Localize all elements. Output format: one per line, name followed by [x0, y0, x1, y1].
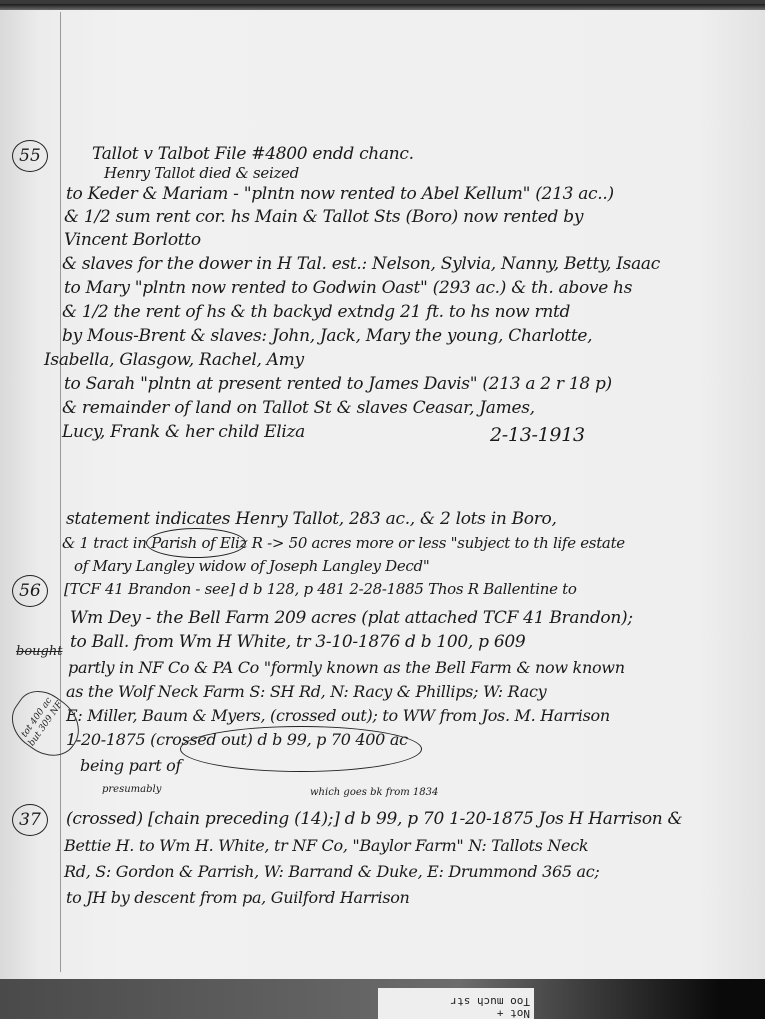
entry-56-line-4: partly in NF Co & PA Co "formly known as…	[68, 658, 625, 677]
statement-line-1: statement indicates Henry Tallot, 283 ac…	[66, 509, 557, 529]
page-top-edge	[0, 4, 765, 10]
entry-55-line-3: to Keder & Mariam - "plntn now rented to…	[66, 184, 614, 204]
margin-rule	[60, 12, 61, 972]
entry-55-line-2: Henry Tallot died & seized	[104, 164, 299, 182]
entry-55-line-7: to Mary "plntn now rented to Godwin Oast…	[64, 278, 632, 298]
entry-number-55: 55	[12, 140, 48, 172]
entry-56-line-2: Wm Dey - the Bell Farm 209 acres (plat a…	[70, 608, 633, 628]
upside-down-slip-text: Not + Too much str	[380, 990, 530, 1019]
entry-37-line-4: to JH by descent from pa, Guilford Harri…	[66, 888, 410, 907]
entry-55-line-12: & remainder of land on Tallot St & slave…	[62, 398, 535, 418]
entry-55-date: 2-13-1913	[490, 424, 585, 446]
entry-number-37: 37	[12, 804, 48, 836]
notebook-page: 55 Tallot v Talbot File #4800 endd chanc…	[0, 4, 765, 979]
entry-37-line-2: Bettie H. to Wm H. White, tr NF Co, "Bay…	[64, 836, 588, 855]
slip-line-2: Too much str	[380, 995, 530, 1007]
entry-number-56: 56	[12, 575, 48, 607]
entry-56-line-1: [TCF 41 Brandon - see] d b 128, p 481 2-…	[64, 580, 577, 598]
entry-37-line-3: Rd, S: Gordon & Parrish, W: Barrand & Du…	[64, 862, 600, 881]
slip-line-1: Not +	[380, 1007, 530, 1019]
entry-55-line-9: by Mous-Brent & slaves: John, Jack, Mary…	[62, 326, 592, 346]
entry-55-line-11: to Sarah "plntn at present rented to Jam…	[64, 374, 612, 394]
parish-circle	[146, 528, 246, 558]
entry-55-line-5: Vincent Borlotto	[64, 230, 201, 250]
entry-55-line-13: Lucy, Frank & her child Eliza	[62, 422, 305, 442]
statement-line-3: of Mary Langley widow of Joseph Langley …	[74, 557, 429, 575]
crossed-out-loop	[180, 726, 422, 772]
entry-55-line-8: & 1/2 the rent of hs & th backyd extndg …	[62, 302, 570, 322]
entry-55-line-6: & slaves for the dower in H Tal. est.: N…	[62, 254, 660, 274]
entry-56-line-8: being part of	[80, 756, 181, 775]
entry-55-line-1: Tallot v Talbot File #4800 endd chanc.	[92, 144, 414, 164]
superscript-note: which goes bk from 1834	[310, 787, 438, 798]
entry-37-line-1: (crossed) [chain preceding (14);] d b 99…	[66, 809, 682, 829]
entry-56-line-3: to Ball. from Wm H White, tr 3-10-1876 d…	[70, 632, 525, 652]
superscript-presumably: presumably	[102, 784, 161, 795]
margin-note-crossed: bought	[16, 644, 62, 659]
entry-55-line-10: Isabella, Glasgow, Rachel, Amy	[44, 350, 304, 370]
entry-56-line-6: E: Miller, Baum & Myers, (crossed out); …	[66, 706, 610, 725]
entry-56-line-5: as the Wolf Neck Farm S: SH Rd, N: Racy …	[66, 682, 546, 701]
entry-55-line-4: & 1/2 sum rent cor. hs Main & Tallot Sts…	[64, 207, 583, 227]
